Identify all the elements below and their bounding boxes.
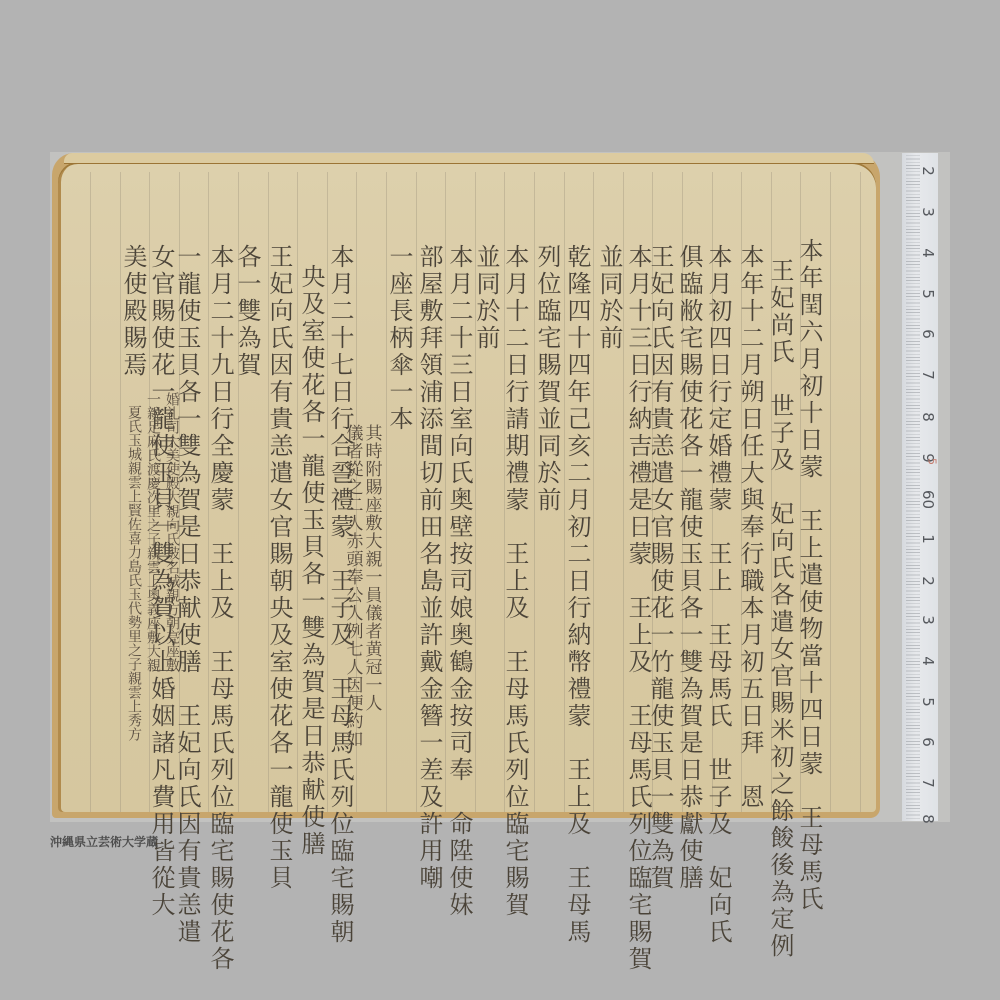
manuscript-column: 並同於前 — [473, 244, 499, 352]
rule-line — [830, 172, 831, 812]
ruler-label: 3 — [919, 612, 937, 628]
manuscript-column: 部屋敷拜領浦添間切前田名島並許戴金簪一差及許用嘲 — [416, 244, 442, 892]
manuscript-column: 本月十二日行請期禮蒙 王上及 王母馬氏列位臨宅賜賀 — [502, 244, 528, 919]
manuscript-column: 本月初四日行定婚禮蒙 王上 王母馬氏 世子及 妃向氏 — [705, 244, 731, 946]
ruler-label: 7 — [919, 775, 937, 791]
ruler-label: 8 — [919, 811, 937, 827]
manuscript-column: 王妃尚氏 世子及 妃向氏各遣女官賜米初之餘餕後為定例 — [767, 258, 793, 960]
ruler-label: 6 — [919, 326, 937, 342]
manuscript-column: 央及室使花各一龍使玉貝各一雙為賀是日恭献使膳 — [298, 264, 324, 858]
manuscript-column: 王妃向氏因有貴恙遣女官賜朝央及室使花各一龍使玉貝 — [266, 244, 292, 892]
manuscript-column: 本月二十三日室向氏奥壁按司娘奥鶴金按司奉 命陞使妹 — [446, 244, 472, 919]
manuscript-column: 美使殿賜焉 — [120, 244, 146, 379]
manuscript-column: 列位臨宅賜賀並同於前 — [534, 244, 560, 514]
manuscript-column: 一座長柄傘一本 — [386, 244, 412, 433]
ruler-label: 6 — [919, 734, 937, 750]
ruler-label: 2 — [919, 573, 937, 589]
ruler-label: 60 — [919, 490, 937, 506]
manuscript-column: 俱臨敝宅賜使花各一龍使玉貝各一雙為賀是日恭獻使膳 — [676, 244, 702, 892]
measuring-ruler: 2345678956012345678 — [902, 153, 938, 821]
manuscript-column: 其時附賜座敷大親一員儀者黄冠一人 — [363, 424, 381, 712]
manuscript-column: 本月十三日行納吉禮是日蒙 王上及 王母馬氏列位臨宅賜賀 — [625, 244, 651, 973]
ruler-label: 4 — [919, 653, 937, 669]
manuscript-column: 本年閏六月初十日蒙 王上遣使物當十四日蒙 王母馬氏 — [796, 238, 822, 913]
ruler-label: 8 — [919, 409, 937, 425]
manuscript-column: 本年十二月朔日任大與奉行職本月初五日拜 恩 — [737, 244, 763, 811]
ruler-label: 5 — [926, 454, 939, 470]
ruler-label: 2 — [919, 163, 937, 179]
manuscript-column: 夏氏玉城親雲上賢佐喜力島氏玉代勢里之子親雲上秀方 — [126, 405, 141, 741]
ruler-label: 5 — [919, 286, 937, 302]
ruler-label: 4 — [919, 245, 937, 261]
ruler-label: 1 — [919, 531, 937, 547]
manuscript-column: 本月二十七日行合巹禮蒙 王子及 王母馬氏列位臨宅賜朝 — [327, 244, 353, 946]
manuscript-column: 乾隆四十四年己亥二月初二日行納幣禮蒙 王上及 王母馬 — [564, 244, 590, 946]
ruler-label: 3 — [919, 204, 937, 220]
rule-line — [593, 172, 594, 812]
rule-line — [860, 172, 861, 812]
ruler-label: 5 — [919, 694, 937, 710]
ruler-label: 7 — [919, 367, 937, 383]
manuscript-column: 婚礼司大美使殿大親向氏玻名城親方朝亮座敷 — [164, 392, 179, 672]
manuscript-column: 一親足麻氏渡慶次里之子親雲上奥義座敷大親 — [145, 392, 160, 672]
rule-line — [90, 172, 91, 812]
collection-caption: 沖縄県立芸術大学蔵 — [50, 833, 158, 850]
manuscript-column: 各一雙為賀 — [234, 244, 260, 379]
page-top-edge — [64, 153, 874, 164]
ruler-ticks — [906, 153, 920, 821]
manuscript-column: 並同於前 — [596, 244, 622, 352]
manuscript-column: 本月二十九日行全慶蒙 王上及 王母馬氏列位臨宅賜使花各 — [207, 244, 233, 973]
